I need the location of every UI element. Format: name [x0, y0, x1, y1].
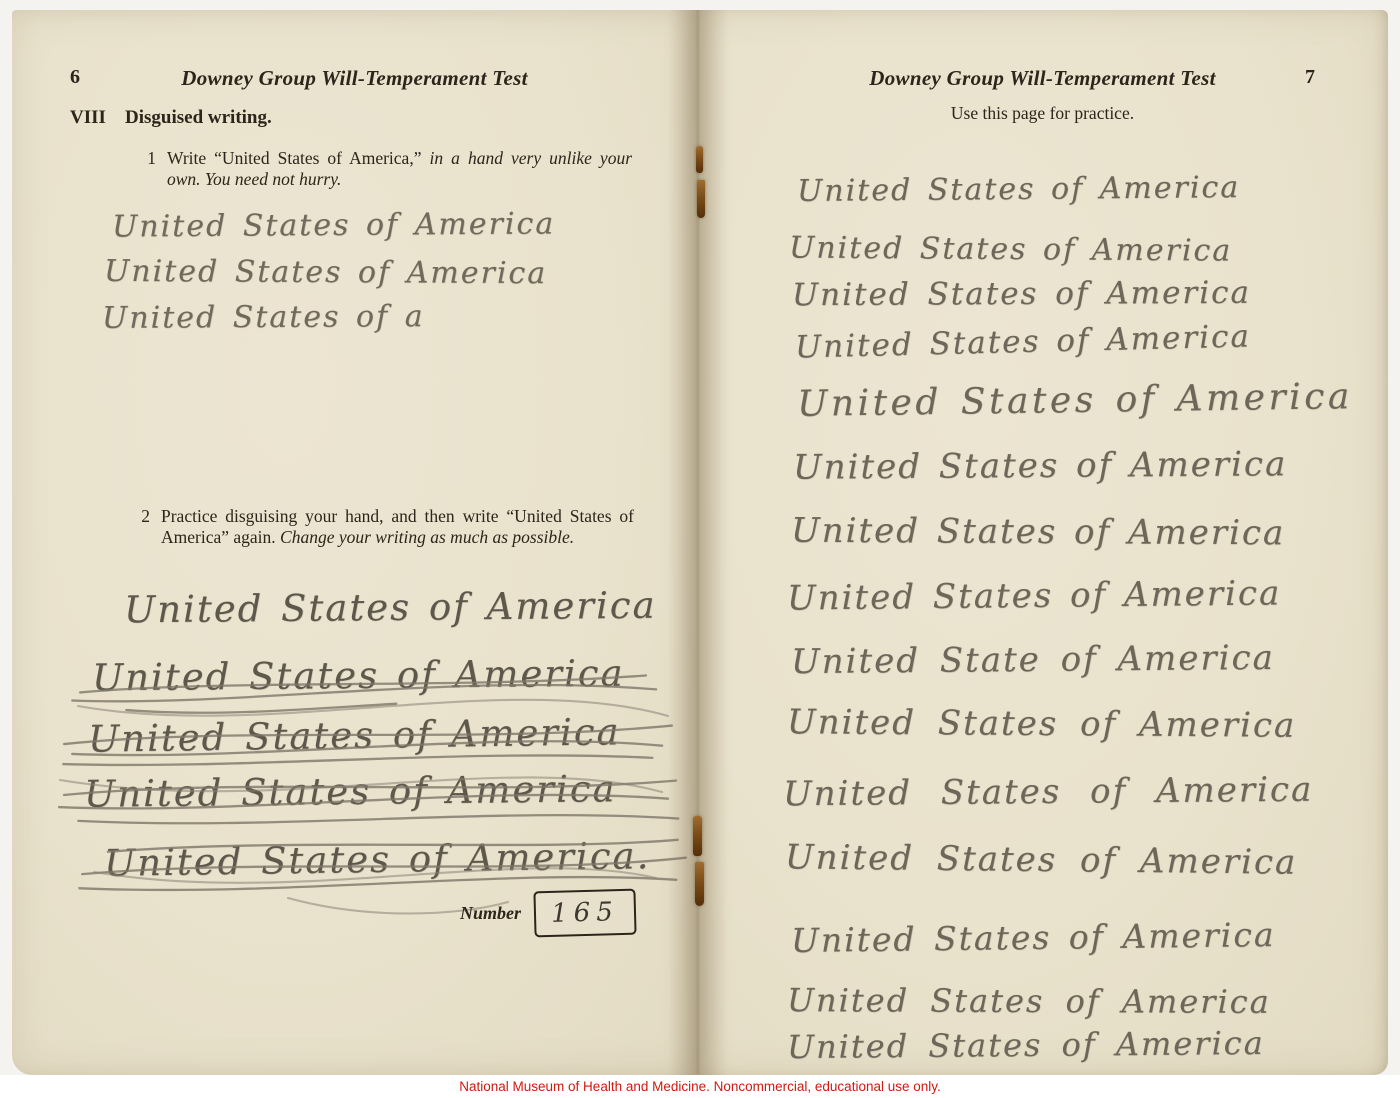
item-number: 1	[140, 148, 156, 191]
left-page: 6 Downey Group Will-Temperament Test VII…	[12, 10, 697, 1075]
practice-line: United States of America	[787, 981, 1271, 1021]
handwriting-text: United States of America	[88, 710, 621, 760]
page-number-right: 7	[1305, 66, 1315, 89]
page-header-left: Downey Group Will-Temperament Test	[181, 66, 527, 91]
practice-line: United States of America	[792, 275, 1251, 313]
instruction-text: Write “United States of America,” in a h…	[167, 148, 632, 191]
practice-line: United States of America	[791, 511, 1285, 554]
instruction-item-2: 2 Practice disguising your hand, and the…	[134, 506, 634, 549]
practice-line: United States of America	[783, 770, 1314, 815]
handwriting-line: United States of America	[124, 584, 657, 632]
staple-bottom-upper	[693, 816, 702, 856]
practice-line: United States of America	[797, 170, 1240, 209]
item-number: 2	[134, 506, 150, 549]
instruction-italic: Change your writing as much as possible.	[280, 527, 574, 547]
handwriting-line: United States of a	[102, 299, 425, 336]
footer-caption: National Museum of Health and Medicine. …	[459, 1079, 941, 1094]
staple-top-upper	[696, 146, 703, 173]
practice-line: United State of America	[791, 638, 1275, 682]
handwriting-line-struck: United States of America	[92, 652, 625, 700]
right-page: Downey Group Will-Temperament Test 7 Use…	[697, 10, 1388, 1075]
page-number-left: 6	[70, 66, 80, 89]
booklet-spread: 6 Downey Group Will-Temperament Test VII…	[12, 10, 1388, 1075]
practice-line: United States of America	[787, 573, 1282, 618]
page-header-right: Downey Group Will-Temperament Test	[869, 66, 1215, 91]
number-value: 165	[551, 897, 619, 929]
staple-top-lower	[697, 180, 705, 218]
handwriting-text: United States of America	[84, 767, 617, 816]
instruction-text: Practice disguising your hand, and then …	[161, 506, 634, 549]
practice-line: United States of America	[789, 230, 1232, 268]
practice-line: United States of America	[787, 702, 1297, 746]
practice-instruction: Use this page for practice.	[951, 103, 1134, 124]
staple-bottom-lower	[695, 862, 704, 906]
handwriting-line-struck: United States of America	[84, 767, 617, 816]
practice-line: United States of America	[785, 837, 1298, 882]
handwriting-text: United States of America	[92, 652, 625, 700]
practice-line: United States of America	[787, 1024, 1265, 1066]
instruction-roman: Write “United States of America,”	[167, 148, 421, 168]
section-numeral: VIII	[70, 107, 125, 129]
scanned-document: 6 Downey Group Will-Temperament Test VII…	[0, 0, 1400, 1098]
handwriting-line: United States of America	[104, 254, 547, 291]
practice-line: United States of America	[797, 376, 1353, 425]
practice-line: United States of America	[791, 915, 1276, 960]
practice-line: United States of America	[793, 444, 1288, 487]
number-label: Number	[460, 903, 521, 924]
section-title: Disguised writing.	[125, 107, 272, 129]
section-heading: VIII Disguised writing.	[70, 107, 272, 129]
instruction-item-1: 1 Write “United States of America,” in a…	[140, 148, 632, 191]
handwriting-text: United States of America.	[104, 834, 651, 885]
handwriting-line: United States of America	[112, 206, 555, 244]
footer-bar: National Museum of Health and Medicine. …	[0, 1075, 1400, 1098]
practice-line: United States of America	[795, 318, 1252, 365]
handwriting-line-struck: United States of America	[88, 710, 621, 760]
handwriting-line-struck: United States of America.	[104, 834, 651, 885]
number-box: 165	[533, 889, 636, 938]
